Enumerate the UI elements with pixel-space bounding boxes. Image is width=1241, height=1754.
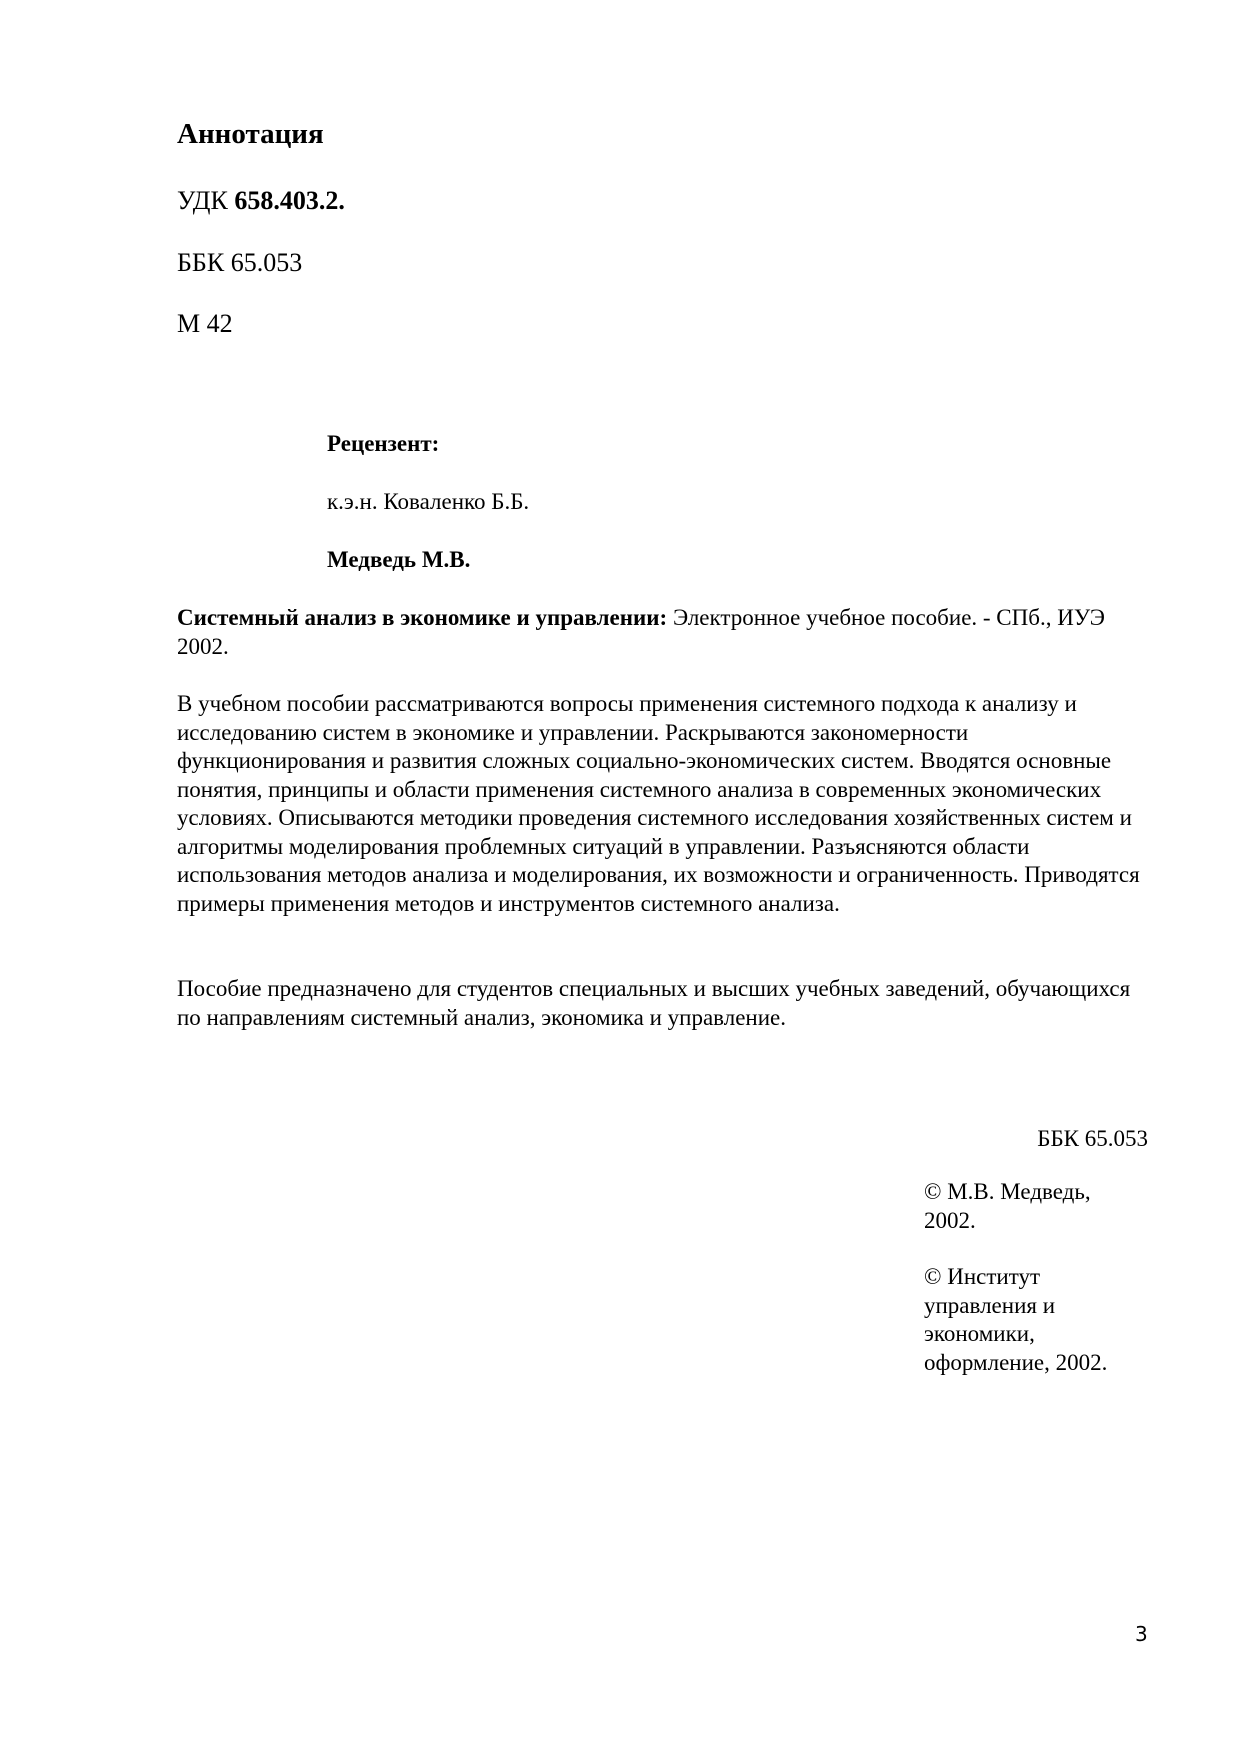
udk-value: 658.403.2. bbox=[234, 186, 345, 215]
bbk-line: ББК 65.053 bbox=[177, 248, 302, 278]
reviewer-name: к.э.н. Коваленко Б.Б. bbox=[327, 488, 529, 516]
page-heading: Аннотация bbox=[177, 118, 324, 151]
udk-line: УДК 658.403.2. bbox=[177, 186, 345, 216]
reviewer-label: Рецензент: bbox=[327, 430, 439, 458]
author-mark: М 42 bbox=[177, 309, 233, 339]
abstract-paragraph: В учебном пособии рассматриваются вопрос… bbox=[177, 690, 1152, 918]
udk-label: УДК bbox=[177, 186, 228, 215]
page-number: 3 bbox=[1135, 1622, 1148, 1646]
author-name: Медведь М.В. bbox=[327, 546, 470, 574]
citation: Системный анализ в экономике и управлени… bbox=[177, 604, 1157, 661]
copyright-institute: © Институт управления и экономики, оформ… bbox=[924, 1263, 1134, 1377]
citation-title: Системный анализ в экономике и управлени… bbox=[177, 605, 667, 630]
audience-paragraph: Пособие предназначено для студентов спец… bbox=[177, 975, 1137, 1032]
copyright-author: © М.В. Медведь, 2002. bbox=[924, 1178, 1124, 1235]
bbk-right: ББК 65.053 bbox=[1037, 1126, 1148, 1152]
